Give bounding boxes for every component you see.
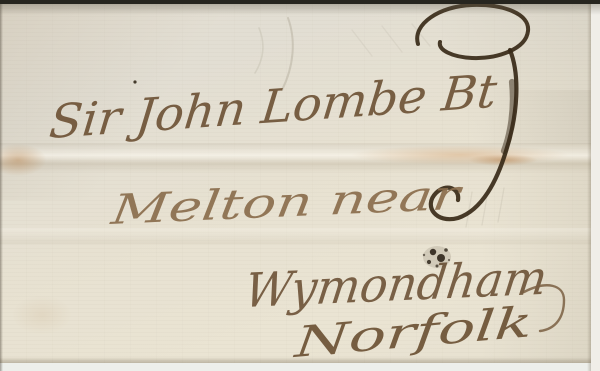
address-line-1: Sir John Lombe Bt [47, 64, 500, 149]
paper-fleck [133, 80, 136, 83]
handwriting-layer: Sir John Lombe Bt Melton near Wymondham … [0, 0, 600, 371]
scan-background-bottom [0, 363, 600, 371]
address-line-2: Melton near [107, 171, 465, 234]
paper-left-edge-shadow [0, 0, 3, 371]
address-block: Sir John Lombe Bt Melton near Wymondham … [47, 64, 564, 368]
letter-photo: Sir John Lombe Bt Melton near Wymondham … [0, 0, 600, 371]
ink-blot [423, 246, 451, 268]
paper-top-edge-shadow [0, 4, 600, 15]
scan-background-right [591, 0, 600, 371]
rate-mark-heavy-stroke [504, 82, 513, 151]
